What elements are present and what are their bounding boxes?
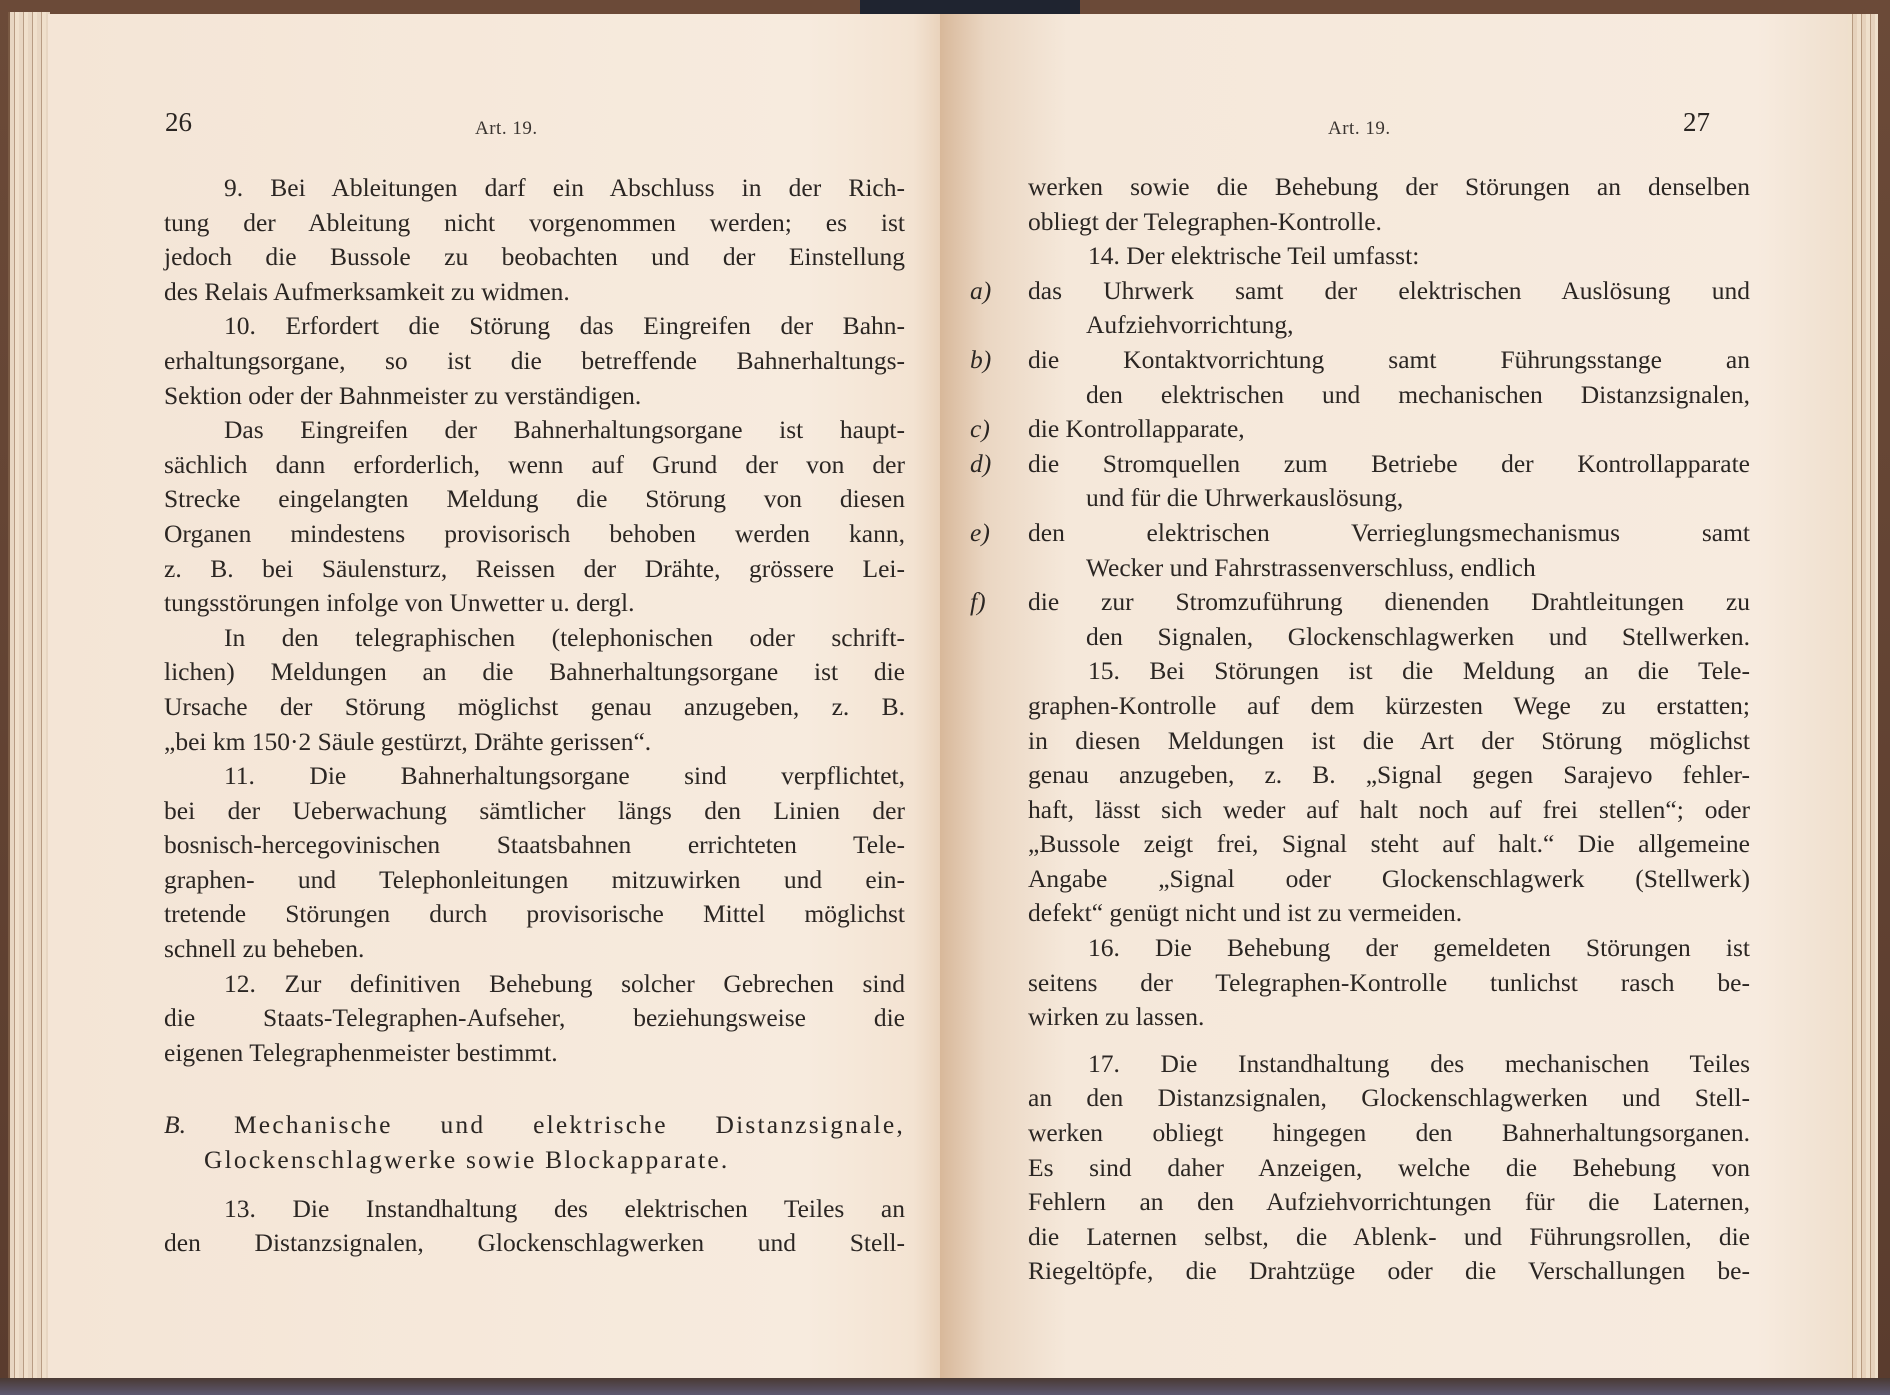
text-line: Aufziehvorrichtung,: [1028, 308, 1750, 343]
page-number: 26: [165, 107, 192, 138]
line-text: Strecke eingelangten Meldung die Störung…: [164, 484, 905, 513]
line-text: des Relais Aufmerksamkeit zu widmen.: [164, 277, 570, 306]
list-item-label: a): [970, 274, 1018, 309]
running-head: Art. 19.: [1328, 118, 1391, 140]
text-line: werken obliegt hingegen den Bahnerhaltun…: [1028, 1116, 1750, 1151]
line-text: Riegeltöpfe, die Drahtzüge oder die Vers…: [1028, 1256, 1750, 1285]
text-line: des Relais Aufmerksamkeit zu widmen.: [164, 275, 905, 310]
background-strip: [860, 0, 1080, 14]
text-line: Ursache der Störung möglichst genau anzu…: [164, 690, 905, 725]
running-head: Art. 19.: [475, 118, 538, 140]
line-text: werken sowie die Behebung der Störungen …: [1028, 172, 1750, 201]
list-item-label: e): [970, 516, 1018, 551]
text-line: 15. Bei Störungen ist die Meldung an die…: [1028, 654, 1750, 689]
background-strip: [0, 1378, 1890, 1395]
text-line: „bei km 150·2 Säule gestürzt, Drähte ger…: [164, 725, 905, 760]
line-text: die Staats-Telegraphen-Aufseher, beziehu…: [164, 1003, 905, 1032]
line-text: 13. Die Instandhaltung des elektrischen …: [224, 1194, 905, 1223]
text-line: wirken zu lassen.: [1028, 1000, 1750, 1035]
list-item: d)die Stromquellen zum Betriebe der Kont…: [970, 447, 1750, 482]
line-text: „bei km 150·2 Säule gestürzt, Drähte ger…: [164, 727, 651, 756]
line-text: obliegt der Telegraphen-Kontrolle.: [1028, 207, 1382, 236]
line-text: seitens der Telegraphen-Kontrolle tunlic…: [1028, 968, 1750, 997]
text-line: eigenen Telegraphenmeister bestimmt.: [164, 1036, 905, 1071]
text-line: Organen mindestens provisorisch behoben …: [164, 517, 905, 552]
line-text: Sektion oder der Bahnmeister zu verständ…: [164, 381, 641, 410]
line-text: den Distanzsignalen, Glockenschlagwerken…: [164, 1228, 905, 1257]
text-line: die Laternen selbst, die Ablenk- und Füh…: [1028, 1220, 1750, 1255]
line-text: und für die Uhrwerkauslösung,: [1086, 483, 1403, 512]
text-line: sächlich dann erforderlich, wenn auf Gru…: [164, 448, 905, 483]
page-edges-left: [8, 12, 50, 1382]
text-line: Angabe „Signal oder Glockenschlagwerk (S…: [1028, 862, 1750, 897]
text-line: erhaltungsorgane, so ist die betreffende…: [164, 344, 905, 379]
line-text: eigenen Telegraphenmeister bestimmt.: [164, 1038, 558, 1067]
line-text: In den telegraphischen (telephonischen o…: [224, 623, 905, 652]
line-text: Aufziehvorrichtung,: [1086, 310, 1293, 339]
line-text: 16. Die Behebung der gemeldeten Störunge…: [1088, 933, 1750, 962]
line-text: wirken zu lassen.: [1028, 1002, 1204, 1031]
line-text: bei der Ueberwachung sämtlicher längs de…: [164, 796, 905, 825]
line-text: die zur Stromzuführung dienenden Drahtle…: [1028, 585, 1750, 620]
line-text: Wecker und Fahrstrassenverschluss, endli…: [1086, 553, 1536, 582]
line-text: Das Eingreifen der Bahnerhaltungsorgane …: [224, 415, 905, 444]
line-text: 10. Erfordert die Störung das Eingreifen…: [224, 311, 905, 340]
line-text: den Signalen, Glockenschlagwerken und St…: [1086, 622, 1750, 651]
line-text: das Uhrwerk samt der elektrischen Auslös…: [1028, 274, 1750, 309]
text-line: „Bussole zeigt frei, Signal steht auf ha…: [1028, 827, 1750, 862]
text-line: 11. Die Bahnerhaltungsorgane sind verpfl…: [164, 759, 905, 794]
text-line: Strecke eingelangten Meldung die Störung…: [164, 482, 905, 517]
line-text: Fehlern an den Aufziehvorrichtungen für …: [1028, 1187, 1750, 1216]
text-line: 17. Die Instandhaltung des mechanischen …: [1028, 1047, 1750, 1082]
text-line: den Distanzsignalen, Glockenschlagwerken…: [164, 1226, 905, 1261]
text-line: seitens der Telegraphen-Kontrolle tunlic…: [1028, 966, 1750, 1001]
line-text: graphen-Kontrolle auf dem kürzesten Wege…: [1028, 691, 1750, 720]
text-line: den elektrischen und mechanischen Distan…: [1028, 378, 1750, 413]
line-text: an den Distanzsignalen, Glockenschlagwer…: [1028, 1083, 1750, 1112]
line-text: die Kontaktvorrichtung samt Führungsstan…: [1028, 343, 1750, 378]
text-line: tretende Störungen durch provisorische M…: [164, 897, 905, 932]
line-text: jedoch die Bussole zu beobachten und der…: [164, 242, 905, 271]
line-text: tungsstörungen infolge von Unwetter u. d…: [164, 588, 635, 617]
text-line: tungsstörungen infolge von Unwetter u. d…: [164, 586, 905, 621]
text-line: Riegeltöpfe, die Drahtzüge oder die Vers…: [1028, 1254, 1750, 1289]
text-line: bei der Ueberwachung sämtlicher längs de…: [164, 794, 905, 829]
line-text: graphen- und Telephonleitungen mitzuwirk…: [164, 865, 905, 894]
line-text: haft, lässt sich weder auf halt noch auf…: [1028, 795, 1750, 824]
text-line: 14. Der elektrische Teil umfasst:: [1028, 239, 1750, 274]
line-text: Ursache der Störung möglichst genau anzu…: [164, 692, 905, 721]
text-line: defekt“ genügt nicht und ist zu vermeide…: [1028, 896, 1750, 931]
page-edges-right: [1848, 14, 1878, 1380]
line-text: die Laternen selbst, die Ablenk- und Füh…: [1028, 1222, 1750, 1251]
left-page: 26 Art. 19. 9. Bei Ableitungen darf ein …: [48, 14, 940, 1378]
line-text: 9. Bei Ableitungen darf ein Abschluss in…: [224, 173, 905, 202]
text-line: und für die Uhrwerkauslösung,: [1028, 481, 1750, 516]
text-line: 10. Erfordert die Störung das Eingreifen…: [164, 309, 905, 344]
line-text: tretende Störungen durch provisorische M…: [164, 899, 905, 928]
line-text: 12. Zur definitiven Behebung solcher Geb…: [224, 969, 905, 998]
text-line: in diesen Meldungen ist die Art der Stör…: [1028, 724, 1750, 759]
line-text: den elektrischen und mechanischen Distan…: [1086, 380, 1750, 409]
text-line: werken sowie die Behebung der Störungen …: [1028, 170, 1750, 205]
line-text: 15. Bei Störungen ist die Meldung an die…: [1088, 656, 1750, 685]
text-line: an den Distanzsignalen, Glockenschlagwer…: [1028, 1081, 1750, 1116]
list-item-label: d): [970, 447, 1018, 482]
line-text: erhaltungsorgane, so ist die betreffende…: [164, 346, 905, 375]
line-text: sächlich dann erforderlich, wenn auf Gru…: [164, 450, 905, 479]
text-line: graphen-Kontrolle auf dem kürzesten Wege…: [1028, 689, 1750, 724]
line-text: in diesen Meldungen ist die Art der Stör…: [1028, 726, 1750, 755]
text-line: jedoch die Bussole zu beobachten und der…: [164, 240, 905, 275]
left-body-text: 9. Bei Ableitungen darf ein Abschluss in…: [164, 171, 905, 1261]
text-line: den Signalen, Glockenschlagwerken und St…: [1028, 620, 1750, 655]
line-text: die Kontrollapparate,: [1028, 412, 1750, 447]
text-line: tung der Ableitung nicht vorgenommen wer…: [164, 206, 905, 241]
text-line: graphen- und Telephonleitungen mitzuwirk…: [164, 863, 905, 898]
line-text: „Bussole zeigt frei, Signal steht auf ha…: [1028, 829, 1750, 858]
list-item-label: b): [970, 343, 1018, 378]
list-item: b)die Kontaktvorrichtung samt Führungsst…: [970, 343, 1750, 378]
text-line: haft, lässt sich weder auf halt noch auf…: [1028, 793, 1750, 828]
line-text: z. B. bei Säulensturz, Reissen der Dräht…: [164, 554, 905, 583]
line-text: 14. Der elektrische Teil umfasst:: [1088, 241, 1419, 270]
text-line: 16. Die Behebung der gemeldeten Störunge…: [1028, 931, 1750, 966]
line-text: schnell zu beheben.: [164, 934, 364, 963]
text-line: die Staats-Telegraphen-Aufseher, beziehu…: [164, 1001, 905, 1036]
line-text: 17. Die Instandhaltung des mechanischen …: [1088, 1049, 1750, 1078]
text-line: bosnisch-hercegovinischen Staatsbahnen e…: [164, 828, 905, 863]
text-line: Wecker und Fahrstrassenverschluss, endli…: [1028, 551, 1750, 586]
list-item-label: c): [970, 412, 1018, 447]
text-line: Das Eingreifen der Bahnerhaltungsorgane …: [164, 413, 905, 448]
text-line: 12. Zur definitiven Behebung solcher Geb…: [164, 967, 905, 1002]
text-line: Fehlern an den Aufziehvorrichtungen für …: [1028, 1185, 1750, 1220]
line-text: werken obliegt hingegen den Bahnerhaltun…: [1028, 1118, 1750, 1147]
line-text: lichen) Meldungen an die Bahnerhaltungso…: [164, 657, 905, 686]
line-text: die Stromquellen zum Betriebe der Kontro…: [1028, 447, 1750, 482]
line-text: den elektrischen Verrieglungsmechanismus…: [1028, 516, 1750, 551]
text-line: schnell zu beheben.: [164, 932, 905, 967]
list-item: c)die Kontrollapparate,: [970, 412, 1750, 447]
text-line: 13. Die Instandhaltung des elektrischen …: [164, 1192, 905, 1227]
list-item: a)das Uhrwerk samt der elektrischen Ausl…: [970, 274, 1750, 309]
line-text: 11. Die Bahnerhaltungsorgane sind verpfl…: [224, 761, 905, 790]
line-text: genau anzugeben, z. B. „Signal gegen Sar…: [1028, 760, 1750, 789]
line-text: Organen mindestens provisorisch behoben …: [164, 519, 905, 548]
list-item-label: f): [970, 585, 1018, 620]
section-heading: B. Mechanische und elektrische Distanzsi…: [164, 1108, 905, 1177]
page-number: 27: [1683, 107, 1710, 138]
text-line: Es sind daher Anzeigen, welche die Beheb…: [1028, 1151, 1750, 1186]
line-text: Angabe „Signal oder Glockenschlagwerk (S…: [1028, 864, 1750, 893]
line-text: tung der Ableitung nicht vorgenommen wer…: [164, 208, 905, 237]
line-text: Es sind daher Anzeigen, welche die Beheb…: [1028, 1153, 1750, 1182]
list-item: e)den elektrischen Verrieglungsmechanism…: [970, 516, 1750, 551]
right-page: Art. 19. 27 werken sowie die Behebung de…: [940, 14, 1848, 1378]
text-line: Sektion oder der Bahnmeister zu verständ…: [164, 379, 905, 414]
line-text: bosnisch-hercegovinischen Staatsbahnen e…: [164, 830, 905, 859]
text-line: In den telegraphischen (telephonischen o…: [164, 621, 905, 656]
line-text: defekt“ genügt nicht und ist zu vermeide…: [1028, 898, 1462, 927]
right-body-text: werken sowie die Behebung der Störungen …: [1028, 170, 1750, 1289]
text-line: obliegt der Telegraphen-Kontrolle.: [1028, 205, 1750, 240]
text-line: 9. Bei Ableitungen darf ein Abschluss in…: [164, 171, 905, 206]
list-item: f)die zur Stromzuführung dienenden Draht…: [970, 585, 1750, 620]
text-line: lichen) Meldungen an die Bahnerhaltungso…: [164, 655, 905, 690]
text-line: genau anzugeben, z. B. „Signal gegen Sar…: [1028, 758, 1750, 793]
text-line: z. B. bei Säulensturz, Reissen der Dräht…: [164, 552, 905, 587]
